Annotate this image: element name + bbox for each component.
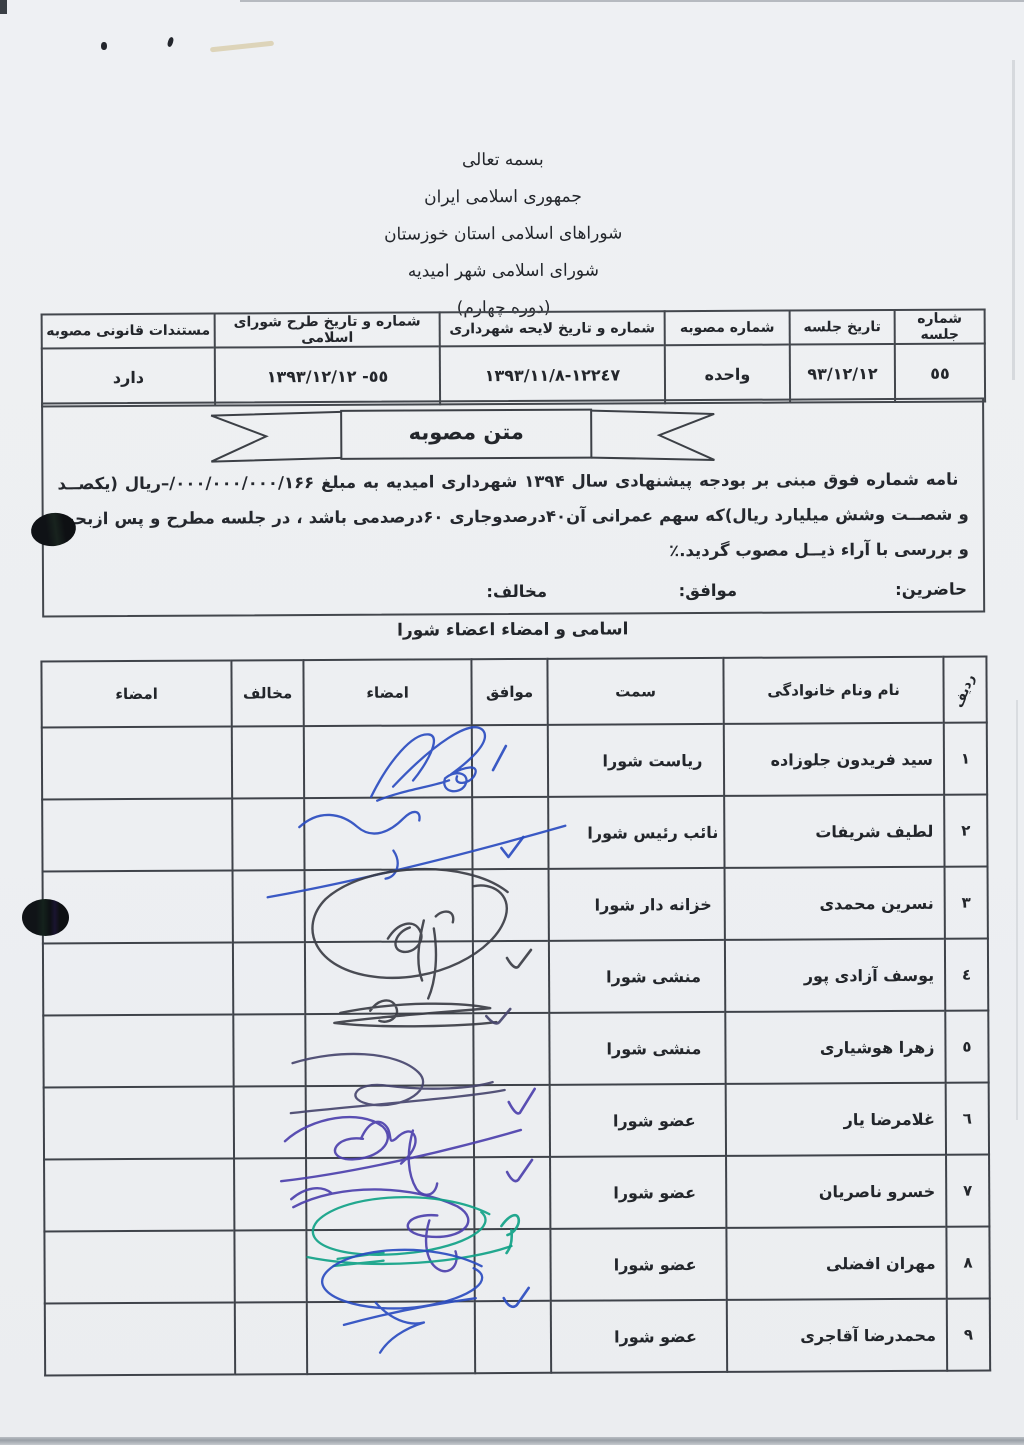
hole-punch bbox=[22, 899, 69, 936]
signature-cell-2 bbox=[44, 1230, 234, 1303]
signature-cell-2 bbox=[42, 726, 232, 799]
col-position: سمت bbox=[547, 658, 723, 725]
legal-basis-value: دارد bbox=[42, 348, 215, 407]
republic-line: جمهوری اسلامی ایران bbox=[0, 176, 1008, 218]
agree-cell bbox=[473, 1013, 549, 1085]
disagree-cell bbox=[234, 1230, 306, 1302]
row-no: ۳ bbox=[945, 867, 988, 939]
col-row-no: ردیف bbox=[943, 657, 986, 723]
disagree-cell bbox=[233, 1014, 305, 1086]
member-name: نسرین محمدی bbox=[725, 867, 945, 940]
member-row: ٦ غلامرضا یار عضو شورا bbox=[44, 1083, 989, 1160]
signature-cell bbox=[305, 869, 473, 942]
row-no: ٦ bbox=[946, 1083, 989, 1155]
scan-edge-top bbox=[240, 0, 1024, 2]
session-date-value: ۹۳/۱۲/۱۲ bbox=[790, 344, 895, 403]
signature-cell bbox=[305, 941, 473, 1014]
member-position: عضو شورا bbox=[550, 1156, 726, 1229]
city-council-line: شورای اسلامی شهر امیدیه bbox=[0, 250, 1008, 292]
agree-cell bbox=[472, 725, 548, 797]
resolution-text: نامه شماره فوق مبنی بر بودجه پیشنهادی سا… bbox=[57, 462, 969, 572]
disagree-cell bbox=[232, 726, 304, 798]
row-no: ٨ bbox=[946, 1227, 989, 1299]
member-row: ۲ لطیف شریفات نائب رئیس شورا bbox=[42, 795, 987, 872]
member-name: غلامرضا یار bbox=[726, 1083, 946, 1156]
resolution-box: متن مصوبه نامه شماره فوق مبنی بر بودجه پ… bbox=[41, 398, 985, 618]
member-name: یوسف آزادی پور bbox=[725, 939, 945, 1012]
signature-cell-2 bbox=[43, 1014, 233, 1087]
member-position: منشی شورا bbox=[549, 940, 725, 1013]
signature-cell-2 bbox=[43, 870, 233, 943]
col-disagree: مخالف bbox=[231, 660, 303, 726]
ink-speck bbox=[101, 42, 107, 50]
member-row: ۳ نسرین محمدی خزانه دار شورا bbox=[43, 867, 988, 944]
col-full-name: نام ونام خانوادگی bbox=[723, 657, 943, 724]
row-no: ٩ bbox=[947, 1299, 990, 1371]
disagree-cell bbox=[234, 1086, 306, 1158]
row-no: ۱ bbox=[944, 723, 987, 795]
members-section-title: اسامی و امضاء اعضاء شورا bbox=[40, 618, 985, 643]
agree-cell bbox=[475, 1301, 551, 1373]
col-bill-no-date: شماره و تاریخ لایحه شهرداری bbox=[440, 311, 665, 346]
ribbon-right-tail bbox=[591, 410, 714, 461]
member-name: لطیف شریفات bbox=[724, 795, 944, 868]
bill-no-date-value: ۱۳۹۳/۱۱/۸-۱۲۲٤۷ bbox=[440, 345, 665, 404]
signature-cell bbox=[306, 1157, 474, 1230]
member-row: ٧ خسرو ناصریان عضو شورا bbox=[44, 1155, 989, 1232]
scan-edge-bottom bbox=[0, 1437, 1024, 1445]
info-value-row: ٥٥ ۹۳/۱۲/۱۲ واحده ۱۳۹۳/۱۱/۸-۱۲۲٤۷ ۱۳۹۳/۱… bbox=[42, 344, 985, 407]
member-name: خسرو ناصریان bbox=[726, 1155, 946, 1228]
agree-cell bbox=[472, 797, 548, 869]
row-no: ٥ bbox=[945, 1011, 988, 1083]
agree-cell bbox=[474, 1229, 550, 1301]
col-signature-2: امضاء bbox=[41, 660, 231, 727]
scanned-document-page: بسمه تعالی جمهوری اسلامی ایران شوراهای ا… bbox=[0, 0, 1024, 1445]
signature-cell-2 bbox=[44, 1158, 234, 1231]
member-name: مهران افضلی bbox=[726, 1227, 946, 1300]
member-row: ٨ مهران افضلی عضو شورا bbox=[44, 1227, 989, 1304]
row-no: ٤ bbox=[945, 939, 988, 1011]
agree-cell bbox=[473, 941, 549, 1013]
signature-cell-2 bbox=[44, 1086, 234, 1159]
member-row: ٥ زهرا هوشیاری منشی شورا bbox=[43, 1011, 988, 1088]
col-signature: امضاء bbox=[303, 659, 471, 726]
session-info-table: شماره جلسه تاریخ جلسه شماره مصوبه شماره … bbox=[41, 309, 986, 408]
signature-cell bbox=[304, 797, 472, 870]
col-session-date: تاریخ جلسه bbox=[790, 310, 895, 345]
province-councils-line: شوراهای اسلامی استان خوزستان bbox=[0, 213, 1008, 255]
agree-cell bbox=[474, 1085, 550, 1157]
member-row: ٤ یوسف آزادی پور منشی شورا bbox=[43, 939, 988, 1016]
disagree-cell bbox=[233, 942, 305, 1014]
agree-cell bbox=[474, 1157, 550, 1229]
col-session-no: شماره جلسه bbox=[895, 310, 985, 344]
besmele-line: بسمه تعالی bbox=[0, 139, 1008, 181]
member-position: منشی شورا bbox=[549, 1012, 725, 1085]
member-name: زهرا هوشیاری bbox=[725, 1011, 945, 1084]
ribbon-left-tail bbox=[211, 412, 341, 462]
member-row: ۱ سید فریدون جلوزاده ریاست شورا bbox=[42, 723, 987, 800]
col-legal-basis: مستندات قانونی مصوبه bbox=[42, 314, 215, 349]
member-position: عضو شورا bbox=[551, 1300, 727, 1373]
scan-streak bbox=[1012, 60, 1015, 380]
resolution-banner-title: متن مصوبه bbox=[341, 409, 591, 456]
member-position: ریاست شورا bbox=[548, 724, 724, 797]
signature-cell bbox=[306, 1085, 474, 1158]
disagree-label: مخالف: bbox=[486, 582, 547, 601]
member-row: ٩ محمدرضا آقاجری عضو شورا bbox=[45, 1299, 990, 1376]
scan-corner-mark bbox=[0, 0, 7, 14]
agree-cell bbox=[473, 869, 549, 941]
resolution-text-before: نامه شماره فوق مبنی بر بودجه پیشنهادی سا… bbox=[314, 470, 958, 492]
member-name: محمدرضا آقاجری bbox=[727, 1299, 947, 1372]
disagree-cell bbox=[234, 1158, 306, 1230]
signature-cell bbox=[304, 725, 472, 798]
disagree-cell bbox=[232, 798, 304, 870]
row-no: ۲ bbox=[944, 795, 987, 867]
member-position: عضو شورا bbox=[550, 1084, 726, 1157]
info-header-row: شماره جلسه تاریخ جلسه شماره مصوبه شماره … bbox=[42, 310, 985, 349]
members-header-row: ردیف نام ونام خانوادگی سمت موافق امضاء م… bbox=[41, 657, 986, 728]
row-no: ٧ bbox=[946, 1155, 989, 1227]
col-resolution-no: شماره مصوبه bbox=[665, 311, 790, 346]
signature-cell bbox=[306, 1229, 474, 1302]
members-table: ردیف نام ونام خانوادگی سمت موافق امضاء م… bbox=[40, 656, 991, 1377]
scan-streak bbox=[1016, 700, 1018, 1120]
session-no-value: ٥٥ bbox=[895, 344, 985, 402]
resolution-amount: –/۰۰۰/۰۰۰/۰۰۰/۱۶۶ bbox=[161, 473, 314, 493]
resolution-no-value: واحده bbox=[665, 345, 790, 404]
member-position: نائب رئیس شورا bbox=[548, 796, 724, 869]
member-position: خزانه دار شورا bbox=[549, 868, 725, 941]
document-content: بسمه تعالی جمهوری اسلامی ایران شوراهای ا… bbox=[0, 0, 1024, 1445]
disagree-cell bbox=[235, 1302, 307, 1374]
present-label: حاضرین: bbox=[895, 580, 967, 599]
col-plan-no-date: شماره و تاریخ طرح شورای اسلامی bbox=[215, 312, 440, 347]
disagree-cell bbox=[233, 870, 305, 942]
member-name: سید فریدون جلوزاده bbox=[724, 723, 944, 796]
signature-cell-2 bbox=[42, 798, 232, 871]
agree-label: موافق: bbox=[679, 581, 738, 600]
letterhead: بسمه تعالی جمهوری اسلامی ایران شوراهای ا… bbox=[0, 139, 1009, 329]
member-position: عضو شورا bbox=[550, 1228, 726, 1301]
signature-cell bbox=[307, 1301, 475, 1374]
signature-cell-2 bbox=[45, 1302, 235, 1375]
col-agree: موافق bbox=[471, 659, 547, 725]
signature-cell-2 bbox=[43, 942, 233, 1015]
signature-cell bbox=[305, 1013, 473, 1086]
plan-no-date-value: ۱۳۹۳/۱۲/۱۲ -٥٥ bbox=[215, 346, 440, 405]
